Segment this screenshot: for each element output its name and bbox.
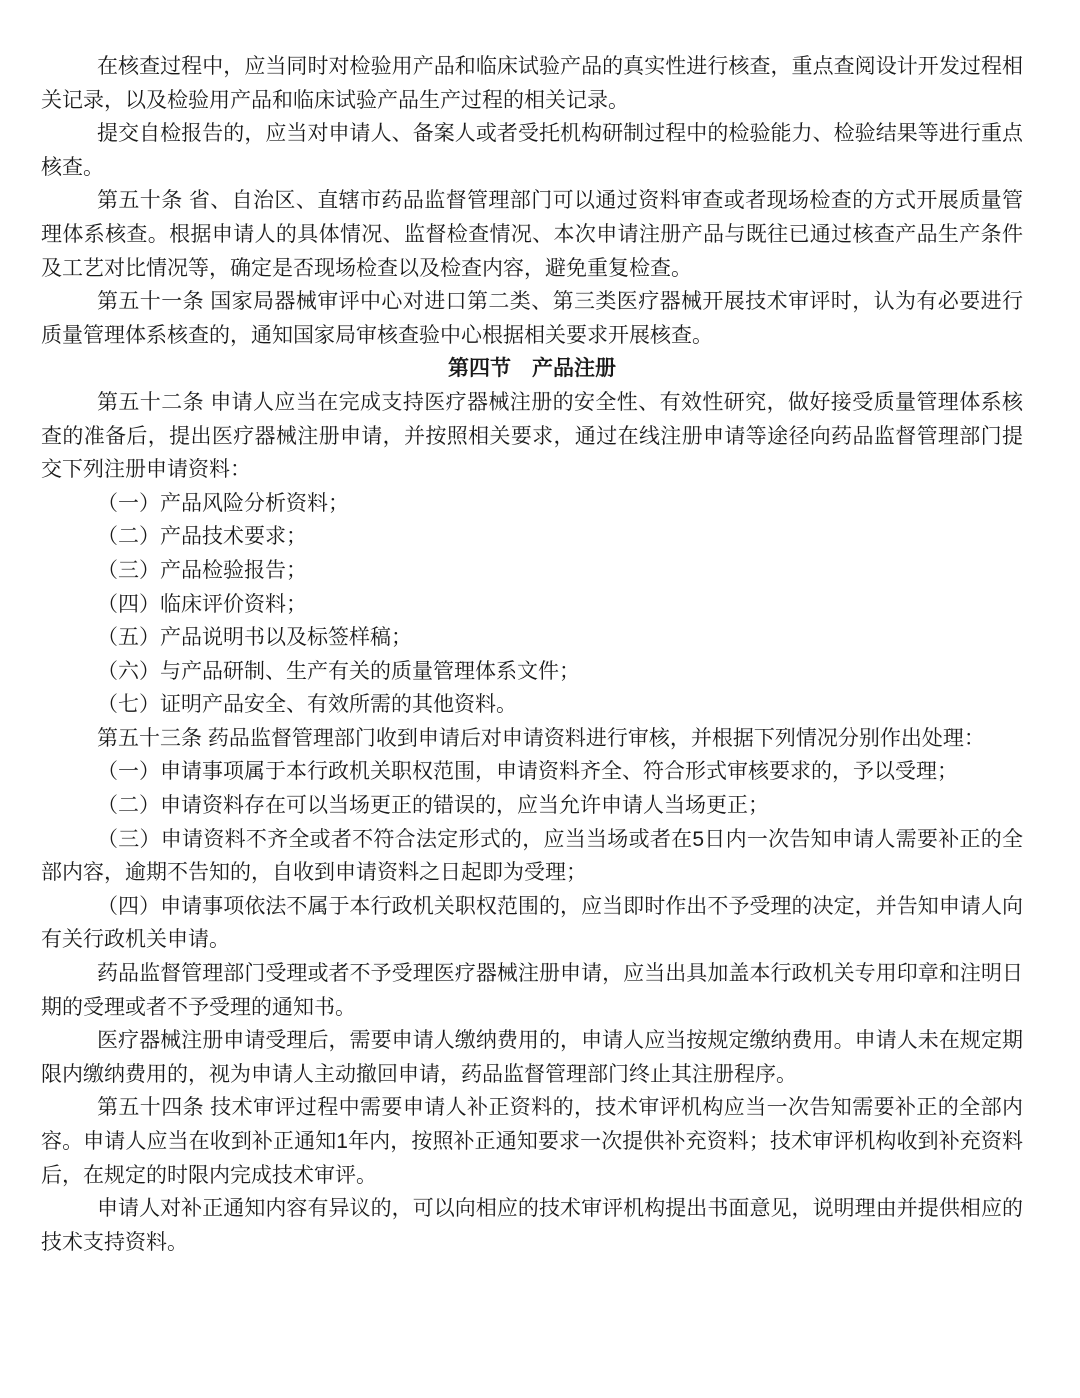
document-paragraph: （六）与产品研制、生产有关的质量管理体系文件； bbox=[41, 655, 1023, 689]
document-paragraph: （四）临床评价资料； bbox=[41, 588, 1023, 622]
document-paragraph: 申请人对补正通知内容有异议的，可以向相应的技术审评机构提出书面意见，说明理由并提… bbox=[41, 1192, 1023, 1259]
document-paragraph: （二）申请资料存在可以当场更正的错误的，应当允许申请人当场更正； bbox=[41, 789, 1023, 823]
document-paragraph: （四）申请事项依法不属于本行政机关职权范围的，应当即时作出不予受理的决定，并告知… bbox=[41, 890, 1023, 957]
document-paragraph: （七）证明产品安全、有效所需的其他资料。 bbox=[41, 688, 1023, 722]
document-body: 在核查过程中，应当同时对检验用产品和临床试验产品的真实性进行核查，重点查阅设计开… bbox=[41, 50, 1023, 1259]
document-paragraph: 医疗器械注册申请受理后，需要申请人缴纳费用的，申请人应当按规定缴纳费用。申请人未… bbox=[41, 1024, 1023, 1091]
document-paragraph: （一）产品风险分析资料； bbox=[41, 487, 1023, 521]
document-paragraph: 第五十二条 申请人应当在完成支持医疗器械注册的安全性、有效性研究，做好接受质量管… bbox=[41, 386, 1023, 487]
document-paragraph: 第五十条 省、自治区、直辖市药品监督管理部门可以通过资料审查或者现场检查的方式开… bbox=[41, 184, 1023, 285]
document-paragraph: 提交自检报告的，应当对申请人、备案人或者受托机构研制过程中的检验能力、检验结果等… bbox=[41, 117, 1023, 184]
document-paragraph: （二）产品技术要求； bbox=[41, 520, 1023, 554]
document-page: 在核查过程中，应当同时对检验用产品和临床试验产品的真实性进行核查，重点查阅设计开… bbox=[0, 0, 1080, 1398]
document-paragraph: 药品监督管理部门受理或者不予受理医疗器械注册申请，应当出具加盖本行政机关专用印章… bbox=[41, 957, 1023, 1024]
document-paragraph: （一）申请事项属于本行政机关职权范围，申请资料齐全、符合形式审核要求的，予以受理… bbox=[41, 755, 1023, 789]
section-heading: 第四节 产品注册 bbox=[41, 352, 1023, 386]
document-paragraph: （三）产品检验报告； bbox=[41, 554, 1023, 588]
document-paragraph: 第五十三条 药品监督管理部门收到申请后对申请资料进行审核，并根据下列情况分别作出… bbox=[41, 722, 1023, 756]
document-paragraph: 第五十一条 国家局器械审评中心对进口第二类、第三类医疗器械开展技术审评时，认为有… bbox=[41, 285, 1023, 352]
document-paragraph: 第五十四条 技术审评过程中需要申请人补正资料的，技术审评机构应当一次告知需要补正… bbox=[41, 1091, 1023, 1192]
document-paragraph: 在核查过程中，应当同时对检验用产品和临床试验产品的真实性进行核查，重点查阅设计开… bbox=[41, 50, 1023, 117]
document-paragraph: （五）产品说明书以及标签样稿； bbox=[41, 621, 1023, 655]
document-paragraph: （三）申请资料不齐全或者不符合法定形式的，应当当场或者在5日内一次告知申请人需要… bbox=[41, 823, 1023, 890]
